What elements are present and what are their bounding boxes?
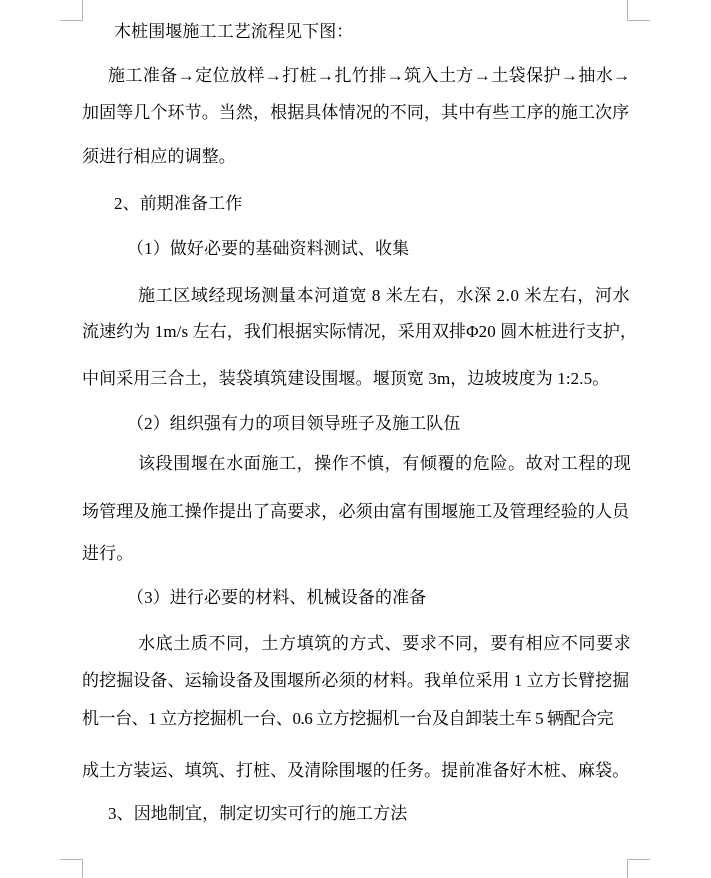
- heading-line: 2、前期准备工作: [114, 194, 242, 213]
- text-boundary-mark-top-right: [627, 0, 650, 21]
- document-page: 木桩围堰施工工艺流程见下图： 施工准备→定位放样→打桩→扎竹排→筑入土方→土袋保…: [0, 0, 711, 878]
- text-boundary-mark-top-left: [60, 0, 83, 21]
- paragraph-line: 机一台、1 立方挖掘机一台、0.6 立方挖掘机一台及自卸装土车 5 辆配合完: [82, 709, 613, 728]
- paragraph-line: 该段围堰在水面施工，操作不慎，有倾覆的危险。故对工程的现: [138, 454, 631, 473]
- flow-sequence-line: 施工准备→定位放样→打桩→扎竹排→筑入土方→土袋保护→抽水→: [108, 66, 631, 85]
- subheading-line: （3）进行必要的材料、机械设备的准备: [127, 588, 426, 607]
- text-boundary-mark-bottom-left: [60, 859, 83, 878]
- paragraph-line: 施工区域经现场测量本河道宽 8 米左右，水深 2.0 米左右，河水: [138, 286, 630, 305]
- paragraph-line: 进行。: [82, 544, 133, 563]
- subheading-line: （2）组织强有力的项目领导班子及施工队伍: [127, 414, 461, 433]
- text-boundary-mark-bottom-right: [627, 859, 650, 878]
- paragraph-line: 场管理及施工操作提出了高要求，必须由富有围堰施工及管理经验的人员: [82, 502, 629, 521]
- paragraph-line: 成土方装运、填筑、打桩、及清除围堰的任务。提前准备好木桩、麻袋。: [82, 761, 629, 780]
- paragraph-line: 须进行相应的调整。: [82, 147, 236, 166]
- paragraph-line: 中间采用三合土，装袋填筑建设围堰。堰顶宽 3m，边坡坡度为 1:2.5。: [82, 369, 609, 388]
- subheading-line: （1）做好必要的基础资料测试、收集: [127, 239, 409, 258]
- paragraph-line: 木桩围堰施工工艺流程见下图：: [114, 22, 353, 41]
- paragraph-line: 水底土质不同，土方填筑的方式、要求不同，要有相应不同要求: [138, 634, 631, 653]
- paragraph-line: 流速约为 1m/s 左右，我们根据实际情况，采用双排Φ20 圆木桩进行支护，: [82, 322, 637, 341]
- paragraph-line: 的挖掘设备、运输设备及围堰所必须的材料。我单位采用 1 立方长臂挖掘: [82, 671, 629, 690]
- paragraph-line: 加固等几个环节。当然，根据具体情况的不同，其中有些工序的施工次序: [82, 103, 629, 122]
- heading-line: 3、因地制宜，制定切实可行的施工方法: [108, 804, 407, 823]
